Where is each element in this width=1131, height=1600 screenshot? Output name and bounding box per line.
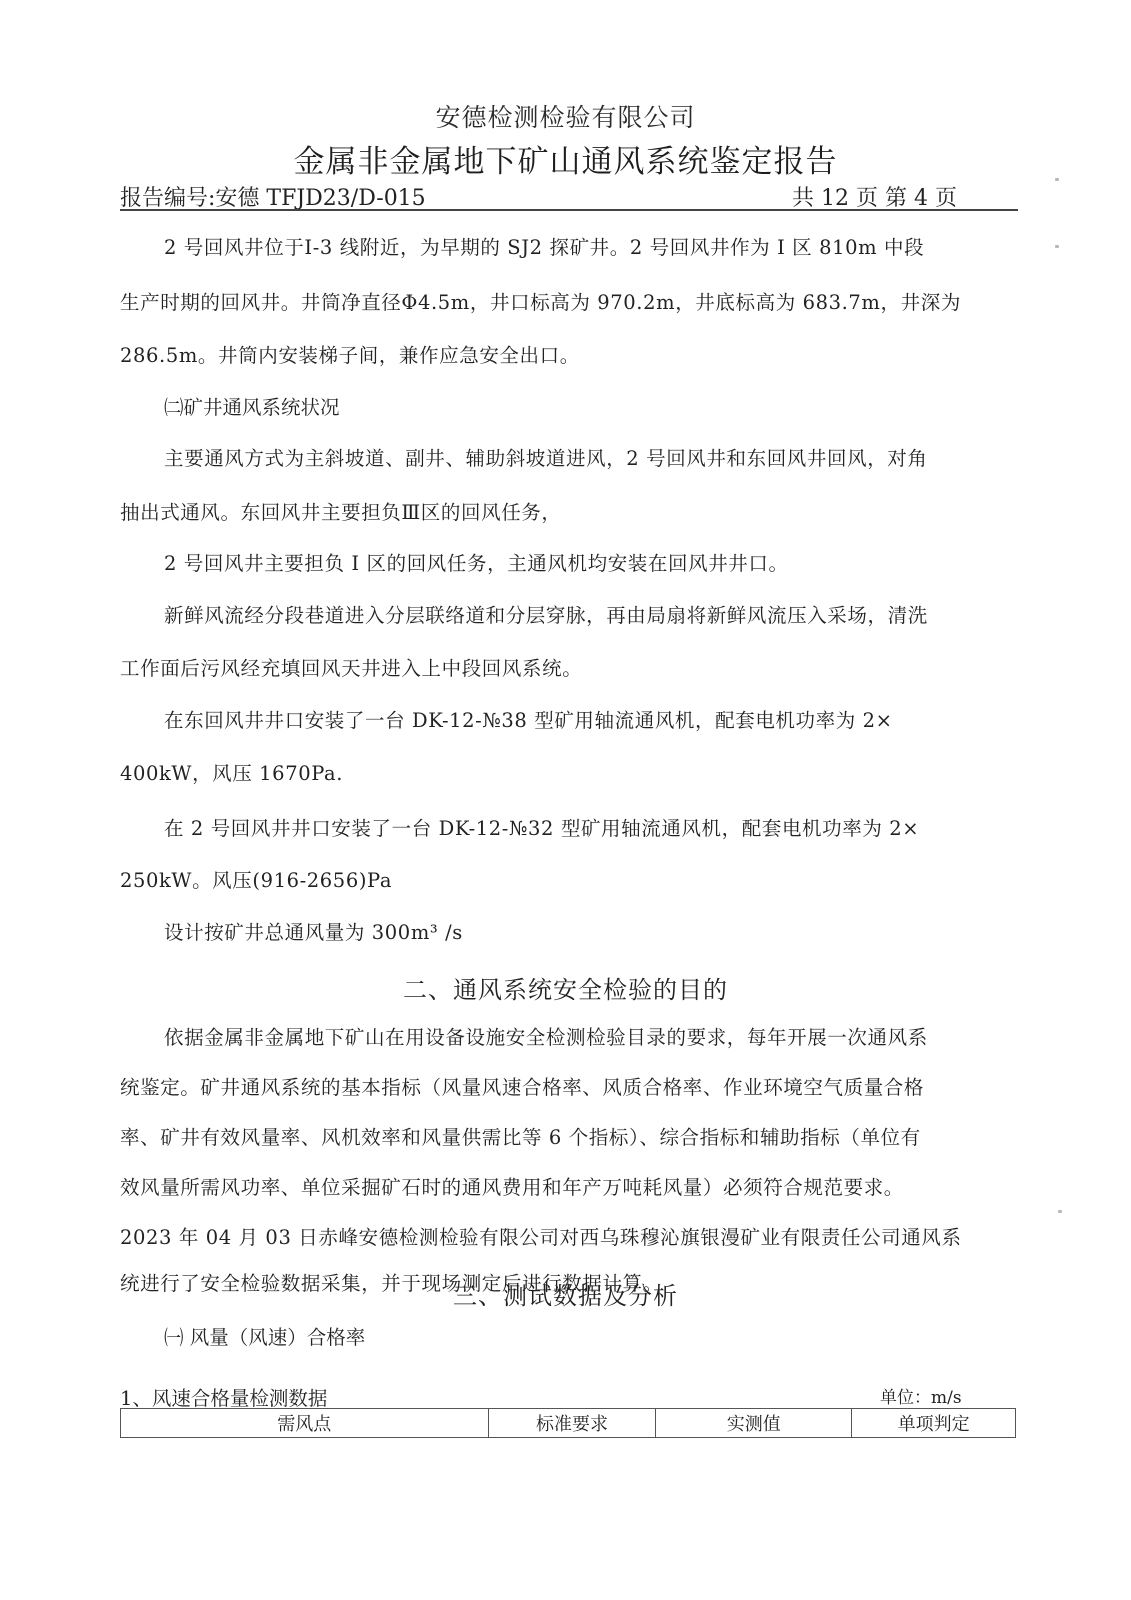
subsection-heading: ㈡矿井通风系统状况 [164, 392, 340, 420]
company-name: 安德检测检验有限公司 [0, 98, 1131, 134]
scan-speck [1058, 1210, 1062, 1213]
paragraph-line: 效风量所需风功率、单位采掘矿石时的通风费用和年产万吨耗风量）必须符合规范要求。 [120, 1172, 1018, 1200]
table-header-row: 需风点 标准要求 实测值 单项判定 [121, 1409, 1016, 1438]
report-title: 金属非金属地下矿山通风系统鉴定报告 [0, 136, 1131, 181]
section-title: 三、测试数据及分析 [0, 1276, 1131, 1311]
column-header: 实测值 [656, 1409, 852, 1438]
paragraph-line: 在东回风井井口安装了一台 DK-12-№38 型矿用轴流通风机，配套电机功率为 … [120, 705, 1062, 733]
column-header: 需风点 [121, 1409, 489, 1438]
paragraph-line: 2 号回风井位于Ⅰ-3 线附近，为早期的 SJ2 探矿井。2 号回风井作为 Ⅰ … [120, 232, 1062, 260]
report-number: 报告编号:安德 TFJD23/D-015 [120, 181, 426, 212]
column-header: 标准要求 [488, 1409, 656, 1438]
paragraph-line: 工作面后污风经充填回风天井进入上中段回风系统。 [120, 653, 1018, 681]
paragraph-line: 250kW。风压(916-2656)Pa [120, 865, 1018, 893]
section-title: 二、通风系统安全检验的目的 [0, 970, 1131, 1005]
wind-speed-table: 需风点 标准要求 实测值 单项判定 [120, 1408, 1016, 1438]
table-caption: 1、风速合格量检测数据 [120, 1383, 327, 1411]
subsection-heading: ㈠ 风量（风速）合格率 [164, 1322, 365, 1350]
paragraph-line: 2023 年 04 月 03 日赤峰安德检测检验有限公司对西乌珠穆沁旗银漫矿业有… [120, 1222, 1018, 1250]
paragraph-line: 2 号回风井主要担负 Ⅰ 区的回风任务，主通风机均安装在回风井井口。 [120, 548, 1062, 576]
paragraph-line: 依据金属非金属地下矿山在用设备设施安全检测检验目录的要求，每年开展一次通风系 [120, 1022, 1062, 1050]
paragraph-line: 在 2 号回风井井口安装了一台 DK-12-№32 型矿用轴流通风机，配套电机功… [120, 813, 1062, 841]
paragraph-line: 新鲜风流经分段巷道进入分层联络道和分层穿脉，再由局扇将新鲜风流压入采场，清洗 [120, 600, 1062, 628]
paragraph-line: 统鉴定。矿井通风系统的基本指标（风量风速合格率、风质合格率、作业环境空气质量合格 [120, 1072, 1018, 1100]
paragraph-line: 主要通风方式为主斜坡道、副井、辅助斜坡道进风，2 号回风井和东回风井回风，对角 [120, 443, 1062, 471]
paragraph-line: 设计按矿井总通风量为 300m³ /s [120, 917, 1062, 945]
paragraph-line: 率、矿井有效风量率、风机效率和风量供需比等 6 个指标）、综合指标和辅助指标（单… [120, 1122, 1018, 1150]
paragraph-line: 400kW，风压 1670Pa. [120, 758, 1018, 786]
header-divider [120, 209, 1018, 211]
paragraph-line: 抽出式通风。东回风井主要担负Ⅲ区的回风任务， [120, 497, 1018, 525]
page-info: 共 12 页 第 4 页 [792, 181, 957, 212]
scan-speck [1055, 245, 1059, 248]
scan-speck [1055, 178, 1059, 181]
column-header: 单项判定 [852, 1409, 1016, 1438]
paragraph-line: 286.5m。井筒内安装梯子间，兼作应急安全出口。 [120, 340, 1018, 368]
paragraph-line: 生产时期的回风井。井筒净直径Φ4.5m，井口标高为 970.2m，井底标高为 6… [120, 287, 1018, 315]
table-unit: 单位：m/s [880, 1383, 962, 1408]
